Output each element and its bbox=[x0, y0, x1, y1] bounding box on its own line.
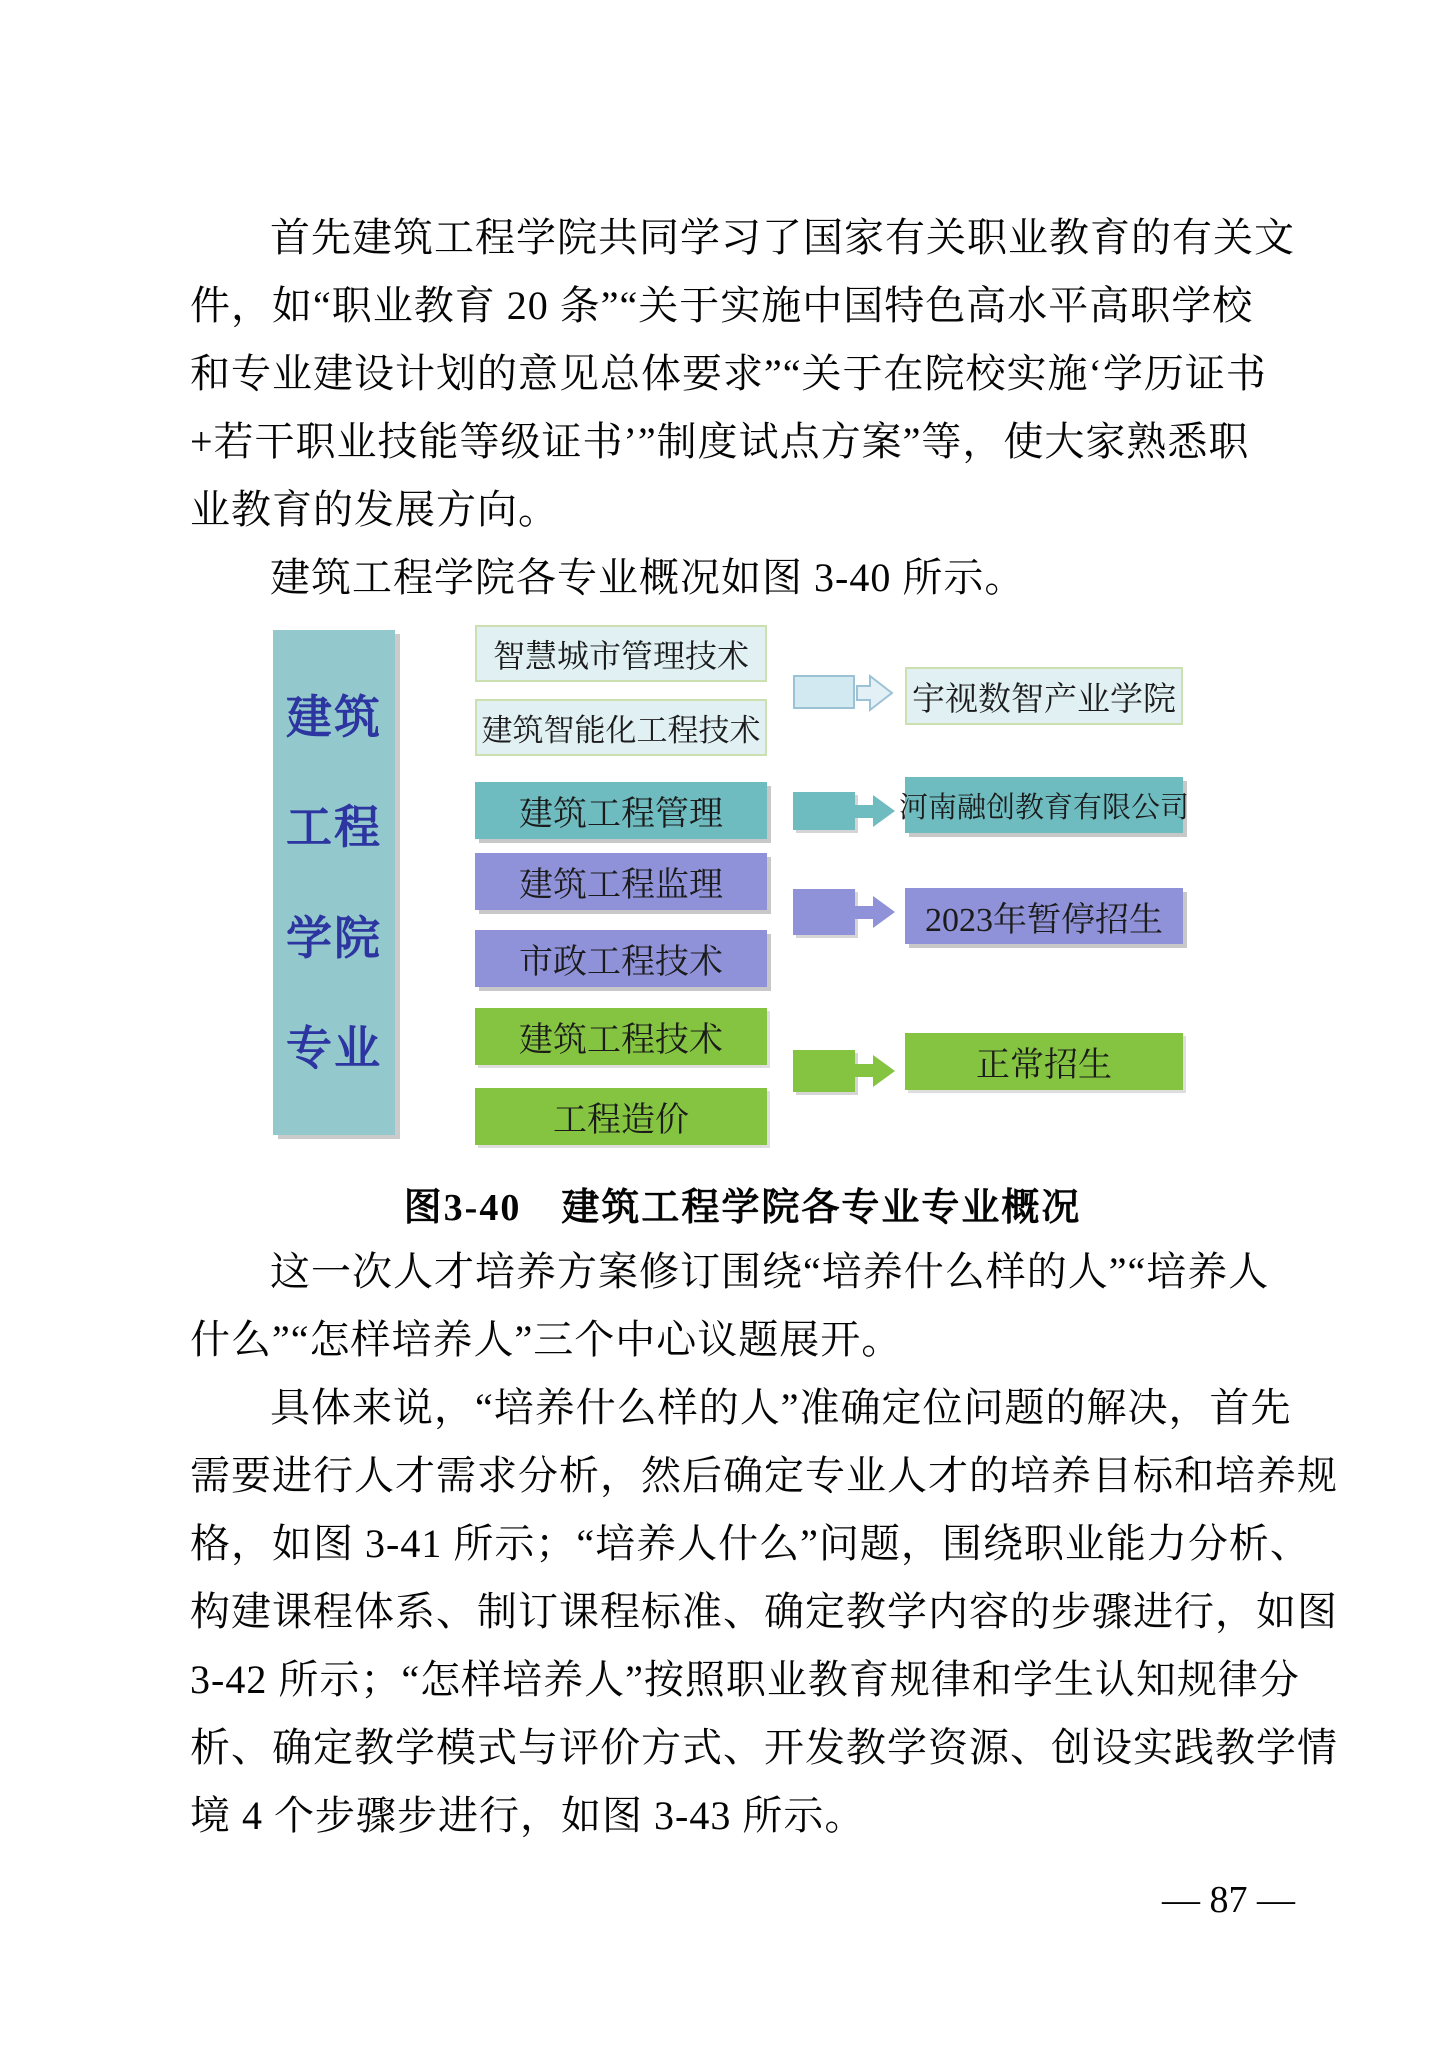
right-arrow-icon bbox=[856, 671, 894, 715]
flow-connector-teal bbox=[793, 792, 855, 830]
right-arrow-icon bbox=[855, 805, 873, 818]
major-box-supervision: 建筑工程监理 bbox=[475, 853, 767, 910]
college-label-part: 工程 bbox=[286, 804, 382, 850]
text-line: 境 4 个步骤步进行，如图 3-43 所示。 bbox=[190, 1782, 1300, 1850]
text-line: 3-42 所示；“怎样培养人”按照职业教育规律和学生认知规律分 bbox=[190, 1646, 1300, 1714]
outcome-box-education-company: 河南融创教育有限公司 bbox=[905, 777, 1183, 833]
major-box-municipal-eng: 市政工程技术 bbox=[475, 930, 767, 987]
text-line: 首先建筑工程学院共同学习了国家有关职业教育的有关文 bbox=[190, 204, 1300, 272]
right-arrow-icon bbox=[873, 795, 895, 827]
text-line: 析、确定教学模式与评价方式、开发教学资源、创设实践教学情 bbox=[190, 1714, 1300, 1782]
outcome-box-industry-college: 宇视数智产业学院 bbox=[905, 667, 1183, 725]
right-arrow-icon bbox=[873, 896, 895, 928]
text-line: 什么”“怎样培养人”三个中心议题展开。 bbox=[190, 1306, 1300, 1374]
major-box-cost-engineering: 工程造价 bbox=[475, 1088, 767, 1145]
paragraph-block-top: 首先建筑工程学院共同学习了国家有关职业教育的有关文 件，如“职业教育 20 条”… bbox=[190, 204, 1300, 612]
figure-caption: 图3-40 建筑工程学院各专业专业概况 bbox=[190, 1176, 1295, 1231]
right-arrow-icon bbox=[855, 906, 873, 919]
page-number: — 87 — bbox=[190, 1878, 1295, 1922]
college-label-part: 学院 bbox=[286, 915, 382, 961]
outcome-box-paused-enrollment: 2023年暂停招生 bbox=[905, 888, 1183, 944]
college-majors-box: 建筑 工程 学院 专业 bbox=[273, 630, 395, 1135]
text-line: 这一次人才培养方案修订围绕“培养什么样的人”“培养人 bbox=[190, 1238, 1300, 1306]
text-line: 格，如图 3-41 所示；“培养人什么”问题，围绕职业能力分析、 bbox=[190, 1510, 1300, 1578]
flow-connector-light bbox=[793, 675, 855, 709]
document-page: 首先建筑工程学院共同学习了国家有关职业教育的有关文 件，如“职业教育 20 条”… bbox=[0, 0, 1454, 2059]
text-line: 构建课程体系、制订课程标准、确定教学内容的步骤进行，如图 bbox=[190, 1578, 1300, 1646]
text-line: 件，如“职业教育 20 条”“关于实施中国特色高水平高职学校 bbox=[190, 272, 1300, 340]
text-line: 业教育的发展方向。 bbox=[190, 476, 1300, 544]
right-arrow-icon bbox=[873, 1055, 895, 1087]
text-line: 具体来说，“培养什么样的人”准确定位问题的解决，首先 bbox=[190, 1374, 1300, 1442]
right-arrow-icon bbox=[855, 1064, 873, 1077]
text-line: 需要进行人才需求分析，然后确定专业人才的培养目标和培养规 bbox=[190, 1442, 1300, 1510]
major-box-construction-tech: 建筑工程技术 bbox=[475, 1008, 767, 1065]
flow-connector-green bbox=[793, 1050, 855, 1092]
text-line: +若干职业技能等级证书’”制度试点方案”等，使大家熟悉职 bbox=[190, 408, 1300, 476]
major-box-construction-mgmt: 建筑工程管理 bbox=[475, 782, 767, 839]
college-label-part: 专业 bbox=[286, 1025, 382, 1071]
outcome-box-normal-enrollment: 正常招生 bbox=[905, 1033, 1183, 1090]
paragraph-block-bottom: 这一次人才培养方案修订围绕“培养什么样的人”“培养人 什么”“怎样培养人”三个中… bbox=[190, 1238, 1300, 1850]
major-box-smart-city: 智慧城市管理技术 bbox=[475, 625, 767, 682]
text-line: 和专业建设计划的意见总体要求”“关于在院校实施‘学历证书 bbox=[190, 340, 1300, 408]
college-label-part: 建筑 bbox=[286, 694, 382, 740]
text-line: 建筑工程学院各专业概况如图 3-40 所示。 bbox=[190, 544, 1300, 612]
major-box-building-intelligent: 建筑智能化工程技术 bbox=[475, 699, 767, 756]
flow-connector-purple bbox=[793, 889, 855, 935]
